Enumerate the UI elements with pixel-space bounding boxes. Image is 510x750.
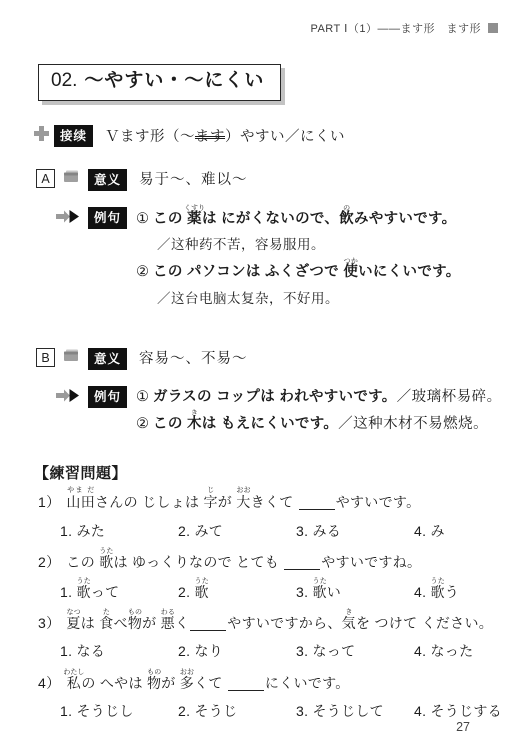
plus-icon [34, 126, 49, 145]
connection-pattern: Ｖます形（〜ます）やすい／にくい [105, 125, 345, 146]
arrow-icon [56, 389, 79, 407]
question-number: 4） [38, 675, 60, 691]
header-text: PART Ⅰ（1）——ます形 ます形 [310, 20, 481, 36]
options-row: 1. みた 2. みて 3. みる 4. み [60, 518, 510, 545]
example-item: ①この 薬くすりは にがくないので、飲のみやすいです。 [136, 205, 461, 233]
question-text: 山田やま ださんの じしょは 字じが 大おおきくて やすいです。 [66, 494, 420, 510]
example-japanese: この 薬くすりは にがくないので、飲のみやすいです。 [153, 211, 456, 227]
question-line: 3）夏なつは 食たべ物ものが 悪わるくやすいですから、気きを つけて ください。 [38, 609, 510, 638]
example-number: ① [136, 211, 149, 227]
example-number: ① [136, 389, 149, 405]
meaning-text: 容易〜、不易〜 [139, 347, 248, 368]
option: 2. なり [178, 638, 296, 665]
section-marker-square-icon [488, 23, 498, 33]
example-japanese: この 木きは もえにくいです。 [153, 416, 338, 432]
example-item: ①ガラスの コップは われやすいです。／玻璃杯易碎。 [136, 384, 502, 411]
example-number: ② [136, 264, 149, 280]
example-chinese: ／这种药不苦，容易服用。 [157, 232, 461, 258]
question-number: 1） [38, 494, 60, 510]
option: 4. 歌うたう [414, 578, 459, 606]
connection-rule-row: 接续 Ｖます形（〜ます）やすい／にくい [34, 125, 510, 147]
textbook-page: PART Ⅰ（1）——ます形 ます形 02.〜やすい・〜にくい 接续 Ｖます形（… [0, 0, 510, 750]
meaning-label: 意义 [88, 169, 127, 191]
question-line: 1）山田やま ださんの じしょは 字じが 大おおきくて やすいです。 [38, 487, 510, 517]
lesson-title-box: 02.〜やすい・〜にくい [38, 64, 281, 101]
meaning-label: 意义 [88, 348, 127, 370]
example-chinese: ／这种木材不易燃烧。 [338, 416, 488, 432]
option: 3. そうじして [296, 698, 414, 725]
exercise-heading: 【練習問題】 [34, 462, 510, 483]
question-text: 夏なつは 食たべ物ものが 悪わるくやすいですから、気きを つけて ください。 [66, 615, 493, 631]
option: 1. なる [60, 638, 178, 665]
lesson-number: 02. [51, 70, 77, 91]
option: 2. そうじ [178, 698, 296, 725]
answer-blank [228, 687, 264, 691]
question-line: 2）この 歌うたは ゆっくりなので とても やすいですね。 [38, 548, 510, 577]
examples-label: 例句 [88, 207, 127, 229]
question-line: 4）私わたしの へやは 物ものが 多おおくて にくいです。 [38, 669, 510, 698]
page-number: 27 [456, 720, 470, 734]
example-item: ②この 木きは もえにくいです。／这种木材不易燃烧。 [136, 410, 502, 438]
option: 4. み [414, 518, 445, 545]
example-japanese: ガラスの コップは われやすいです。 [153, 389, 397, 405]
examples-label: 例句 [88, 386, 127, 408]
question-3: 3）夏なつは 食たべ物ものが 悪わるくやすいですから、気きを つけて ください。… [0, 609, 510, 665]
question-number: 3） [38, 615, 60, 631]
examples-b-list: ①ガラスの コップは われやすいです。／玻璃杯易碎。 ②この 木きは もえにくい… [136, 384, 502, 439]
question-text: 私わたしの へやは 物ものが 多おおくて にくいです。 [66, 675, 349, 691]
title-row: 02.〜やすい・〜にくい [0, 0, 510, 101]
question-text: この 歌うたは ゆっくりなので とても やすいですね。 [66, 554, 421, 570]
example-chinese: ／这台电脑太复杂，不好用。 [157, 286, 461, 312]
section-letter-badge: B [36, 348, 55, 367]
option: 3. 歌うたい [296, 578, 414, 606]
section-b-head: B 意义 容易〜、不易〜 [36, 346, 510, 370]
option: 4. なった [414, 638, 473, 665]
option: 3. なって [296, 638, 414, 665]
example-chinese: ／玻璃杯易碎。 [397, 389, 502, 405]
question-2: 2）この 歌うたは ゆっくりなので とても やすいですね。 1. 歌うたって 2… [0, 548, 510, 605]
options-row: 1. そうじし 2. そうじ 3. そうじして 4. そうじする [60, 698, 510, 725]
examples-a-row: 例句 ①この 薬くすりは にがくないので、飲のみやすいです。 ／这种药不苦，容易… [56, 205, 510, 312]
answer-blank [284, 566, 320, 570]
option: 1. 歌うたって [60, 578, 178, 606]
options-row: 1. 歌うたって 2. 歌うた 3. 歌うたい 4. 歌うたう [60, 578, 510, 606]
question-1: 1）山田やま ださんの じしょは 字じが 大おおきくて やすいです。 1. みた… [0, 487, 510, 544]
question-number: 2） [38, 554, 60, 570]
lesson-title: 〜やすい・〜にくい [84, 70, 264, 91]
option: 1. そうじし [60, 698, 178, 725]
examples-a-list: ①この 薬くすりは にがくないので、飲のみやすいです。 ／这种药不苦，容易服用。… [136, 205, 461, 312]
example-number: ② [136, 416, 149, 432]
option: 3. みる [296, 518, 414, 545]
example-item: ②この パソコンは ふくざつで 使つかいにくいです。 [136, 258, 461, 286]
options-row: 1. なる 2. なり 3. なって 4. なった [60, 638, 510, 665]
answer-blank [190, 627, 226, 631]
examples-b-row: 例句 ①ガラスの コップは われやすいです。／玻璃杯易碎。 ②この 木きは もえ… [56, 384, 510, 439]
answer-blank [299, 506, 335, 510]
option: 2. みて [178, 518, 296, 545]
meaning-text: 易于〜、难以〜 [139, 168, 248, 189]
connection-label: 接续 [54, 125, 93, 147]
page-header: PART Ⅰ（1）——ます形 ます形 [310, 20, 498, 36]
section-a-head: A 意义 易于〜、难以〜 [36, 167, 510, 191]
book-icon [63, 170, 80, 187]
arrow-icon [56, 210, 79, 228]
book-icon [63, 349, 80, 366]
option: 2. 歌うた [178, 578, 296, 606]
question-4: 4）私わたしの へやは 物ものが 多おおくて にくいです。 1. そうじし 2.… [0, 669, 510, 725]
section-letter-badge: A [36, 169, 55, 188]
option: 1. みた [60, 518, 178, 545]
example-japanese: この パソコンは ふくざつで 使つかいにくいです。 [153, 264, 461, 280]
